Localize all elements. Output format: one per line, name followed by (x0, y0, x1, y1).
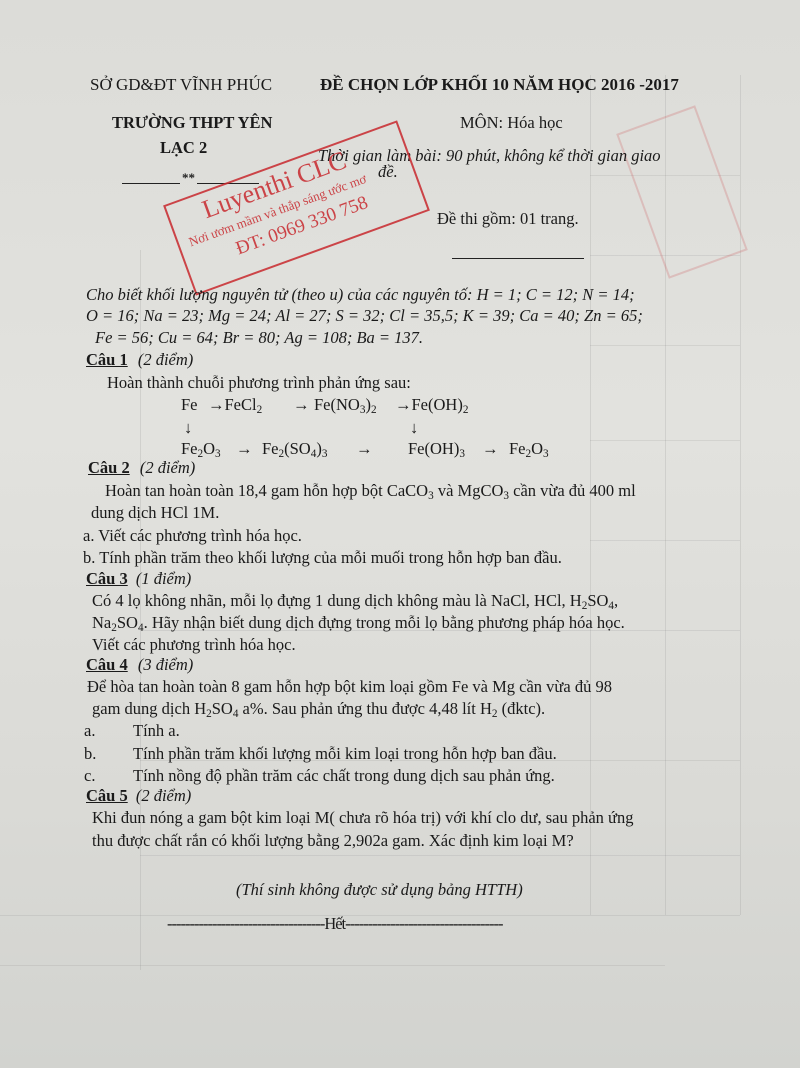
question-2-part-a: a. Viết các phương trình hóa học. (83, 526, 302, 546)
question-points: (1 điểm) (136, 569, 191, 588)
question-2-header: Câu 2 (2 điểm) (88, 458, 195, 478)
question-label: Câu 3 (86, 569, 128, 588)
question-label: Câu 2 (88, 458, 130, 477)
atomic-masses-line3: Fe = 56; Cu = 64; Br = 80; Ag = 108; Ba … (95, 328, 423, 348)
ghost-line (0, 965, 665, 966)
chain-arrow: → (293, 395, 310, 415)
chain-arrow: → (236, 439, 253, 459)
question-3-text-line3: Viết các phương trình hóa học. (92, 635, 296, 655)
chain-fe2-so4-3: Fe2(SO4)3 (262, 439, 327, 459)
question-label: Câu 5 (86, 786, 128, 805)
question-4-part-b-marker: b. (84, 744, 96, 764)
question-label: Câu 1 (86, 350, 128, 369)
chain-fe2o3: Fe2O3 (181, 439, 221, 459)
question-label: Câu 4 (86, 655, 128, 674)
end-dashes-left: ----------------------------------- (167, 914, 324, 933)
exam-title: ĐỀ CHỌN LỚP KHỐI 10 NĂM HỌC 2016 -2017 (320, 75, 679, 95)
question-4-header: Câu 4 (3 điểm) (86, 655, 193, 675)
end-label: Hết (324, 914, 345, 933)
chain-down-arrow: ↓ (184, 418, 192, 438)
chain-fe-oh-3: Fe(OH)3 (408, 439, 465, 459)
subject: MÔN: Hóa học (460, 113, 563, 133)
question-5-header: Câu 5 (2 điểm) (86, 786, 191, 806)
chain-fe2o3-end: Fe2O3 (509, 439, 549, 459)
question-1-header: Câu 1 (2 điểm) (86, 350, 193, 370)
page-count: Đề thi gồm: 01 trang. (437, 209, 579, 229)
question-4-text-line1: Để hòa tan hoàn toàn 8 gam hỗn hợp bột k… (87, 677, 612, 697)
ghost-line (590, 440, 740, 441)
department-name: SỞ GD&ĐT VĨNH PHÚC (90, 75, 272, 95)
chain-arrow: →Fe(OH)2 (395, 395, 468, 415)
atomic-masses-line2: O = 16; Na = 23; Mg = 24; Al = 27; S = 3… (86, 306, 643, 326)
chain-fe: Fe (181, 395, 198, 415)
question-4-part-a: Tính a. (133, 721, 180, 741)
question-points: (3 điểm) (138, 655, 193, 674)
question-4-text-line2: gam dung dịch H2SO4 a%. Sau phản ứng thu… (92, 699, 545, 719)
end-dashes-right: ----------------------------------- (345, 914, 502, 933)
question-1-prompt: Hoàn thành chuỗi phương trình phản ứng s… (107, 373, 411, 393)
exam-page: SỞ GD&ĐT VĨNH PHÚC ĐỀ CHỌN LỚP KHỐI 10 N… (0, 0, 800, 1068)
question-2-part-b: b. Tính phần trăm theo khối lượng của mỗ… (83, 548, 562, 568)
question-4-part-c: Tính nồng độ phần trăm các chất trong du… (133, 766, 555, 786)
atomic-masses-line1: Cho biết khối lượng nguyên tử (theo u) c… (86, 285, 635, 305)
ghost-stamp (616, 105, 748, 278)
end-marker: -----------------------------------Hết--… (167, 914, 502, 934)
question-5-text-line1: Khi đun nóng a gam bột kim loại M( chưa … (92, 808, 633, 828)
question-5-text-line2: thu được chất rắn có khối lượng bằng 2,9… (92, 831, 574, 851)
chain-down-arrow: ↓ (410, 418, 418, 438)
question-3-text-line2: Na2SO4. Hãy nhận biết dung dịch đựng tro… (92, 613, 625, 633)
question-3-header: Câu 3 (1 điểm) (86, 569, 191, 589)
question-points: (2 điểm) (138, 350, 193, 369)
divider-stars: ** (182, 170, 195, 186)
question-2-text-line1: Hoàn tan hoàn toàn 18,4 gam hỗn hợp bột … (105, 481, 636, 501)
question-4-part-c-marker: c. (84, 766, 95, 786)
question-4-part-b: Tính phần trăm khối lượng mỗi kim loại t… (133, 744, 557, 764)
question-points: (2 điểm) (136, 786, 191, 805)
question-2-text-line2: dung dịch HCl 1M. (91, 503, 219, 523)
ghost-line (740, 75, 741, 915)
chain-fe-no3-2: Fe(NO3)2 (314, 395, 377, 415)
school-name-line2: LẠC 2 (160, 138, 207, 158)
no-periodic-table-note: (Thí sinh không được sử dụng bảng HTTH) (236, 880, 523, 900)
ghost-line (590, 345, 740, 346)
page-count-underline (452, 258, 584, 259)
question-4-part-a-marker: a. (84, 721, 95, 741)
school-name-line1: TRƯỜNG THPT YÊN (112, 113, 272, 133)
question-points: (2 điểm) (140, 458, 195, 477)
chain-arrow: → (482, 439, 499, 459)
ghost-line (590, 540, 740, 541)
question-3-text-line1: Có 4 lọ không nhãn, mỗi lọ đựng 1 dung d… (92, 591, 618, 611)
divider-left (122, 183, 180, 184)
ghost-line (140, 855, 740, 856)
chain-arrow: →FeCl2 (208, 395, 262, 415)
chain-arrow: → (356, 439, 373, 459)
